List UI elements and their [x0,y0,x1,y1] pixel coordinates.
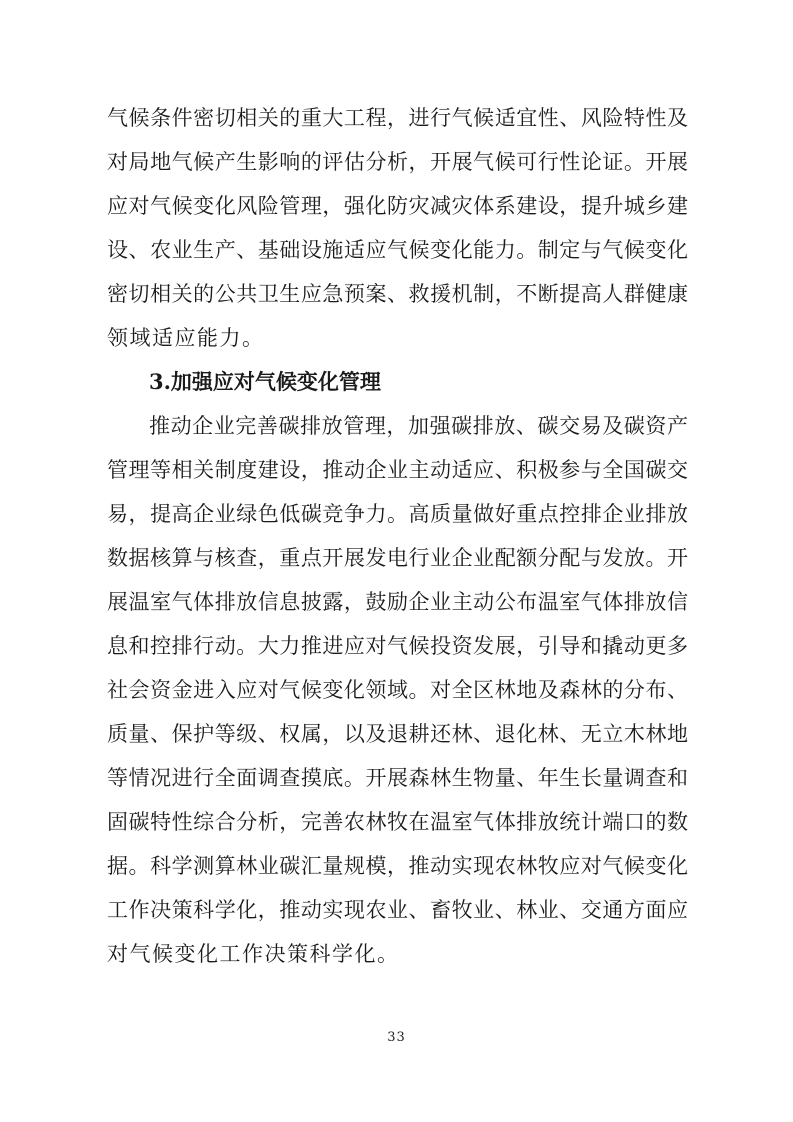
paragraph2-line: 展温室气体排放信息披露，鼓励企业主动公布温室气体排放信 [107,580,688,624]
page-body: 气候条件密切相关的重大工程，进行气候适宜性、风险特性及 对局地气候产生影响的评估… [107,96,688,976]
paragraph1-line: 设、农业生产、基础设施适应气候变化能力。制定与气候变化 [107,228,688,272]
paragraph1-line: 对局地气候产生影响的评估分析，开展气候可行性论证。开展 [107,140,688,184]
section-heading: 3.加强应对气候变化管理 [107,360,688,404]
paragraph2-line: 易，提高企业绿色低碳竞争力。高质量做好重点控排企业排放 [107,492,688,536]
paragraph2-line: 据。科学测算林业碳汇量规模，推动实现农林牧应对气候变化 [107,844,688,888]
paragraph2-line: 息和控排行动。大力推进应对气候投资发展，引导和撬动更多 [107,624,688,668]
paragraph2-line: 社会资金进入应对气候变化领域。对全区林地及森林的分布、 [107,668,688,712]
page-number: 33 [0,1028,793,1048]
paragraph2-line: 固碳特性综合分析，完善农林牧在温室气体排放统计端口的数 [107,800,688,844]
paragraph1-last-line: 领域适应能力。 [107,316,688,360]
paragraph2-line: 推动企业完善碳排放管理，加强碳排放、碳交易及碳资产 [107,404,688,448]
paragraph2-line: 数据核算与核查，重点开展发电行业企业配额分配与发放。开 [107,536,688,580]
paragraph1-line: 应对气候变化风险管理，强化防灾减灾体系建设，提升城乡建 [107,184,688,228]
document-page: 气候条件密切相关的重大工程，进行气候适宜性、风险特性及 对局地气候产生影响的评估… [0,0,793,1122]
paragraph1-line: 气候条件密切相关的重大工程，进行气候适宜性、风险特性及 [107,96,688,140]
paragraph2-line: 等情况进行全面调查摸底。开展森林生物量、年生长量调查和 [107,756,688,800]
paragraph1-line: 密切相关的公共卫生应急预案、救援机制，不断提高人群健康 [107,272,688,316]
paragraph2-line: 管理等相关制度建设，推动企业主动适应、积极参与全国碳交 [107,448,688,492]
paragraph2-line: 质量、保护等级、权属，以及退耕还林、退化林、无立木林地 [107,712,688,756]
paragraph2-line: 工作决策科学化，推动实现农业、畜牧业、林业、交通方面应 [107,888,688,932]
paragraph2-last-line: 对气候变化工作决策科学化。 [107,932,688,976]
